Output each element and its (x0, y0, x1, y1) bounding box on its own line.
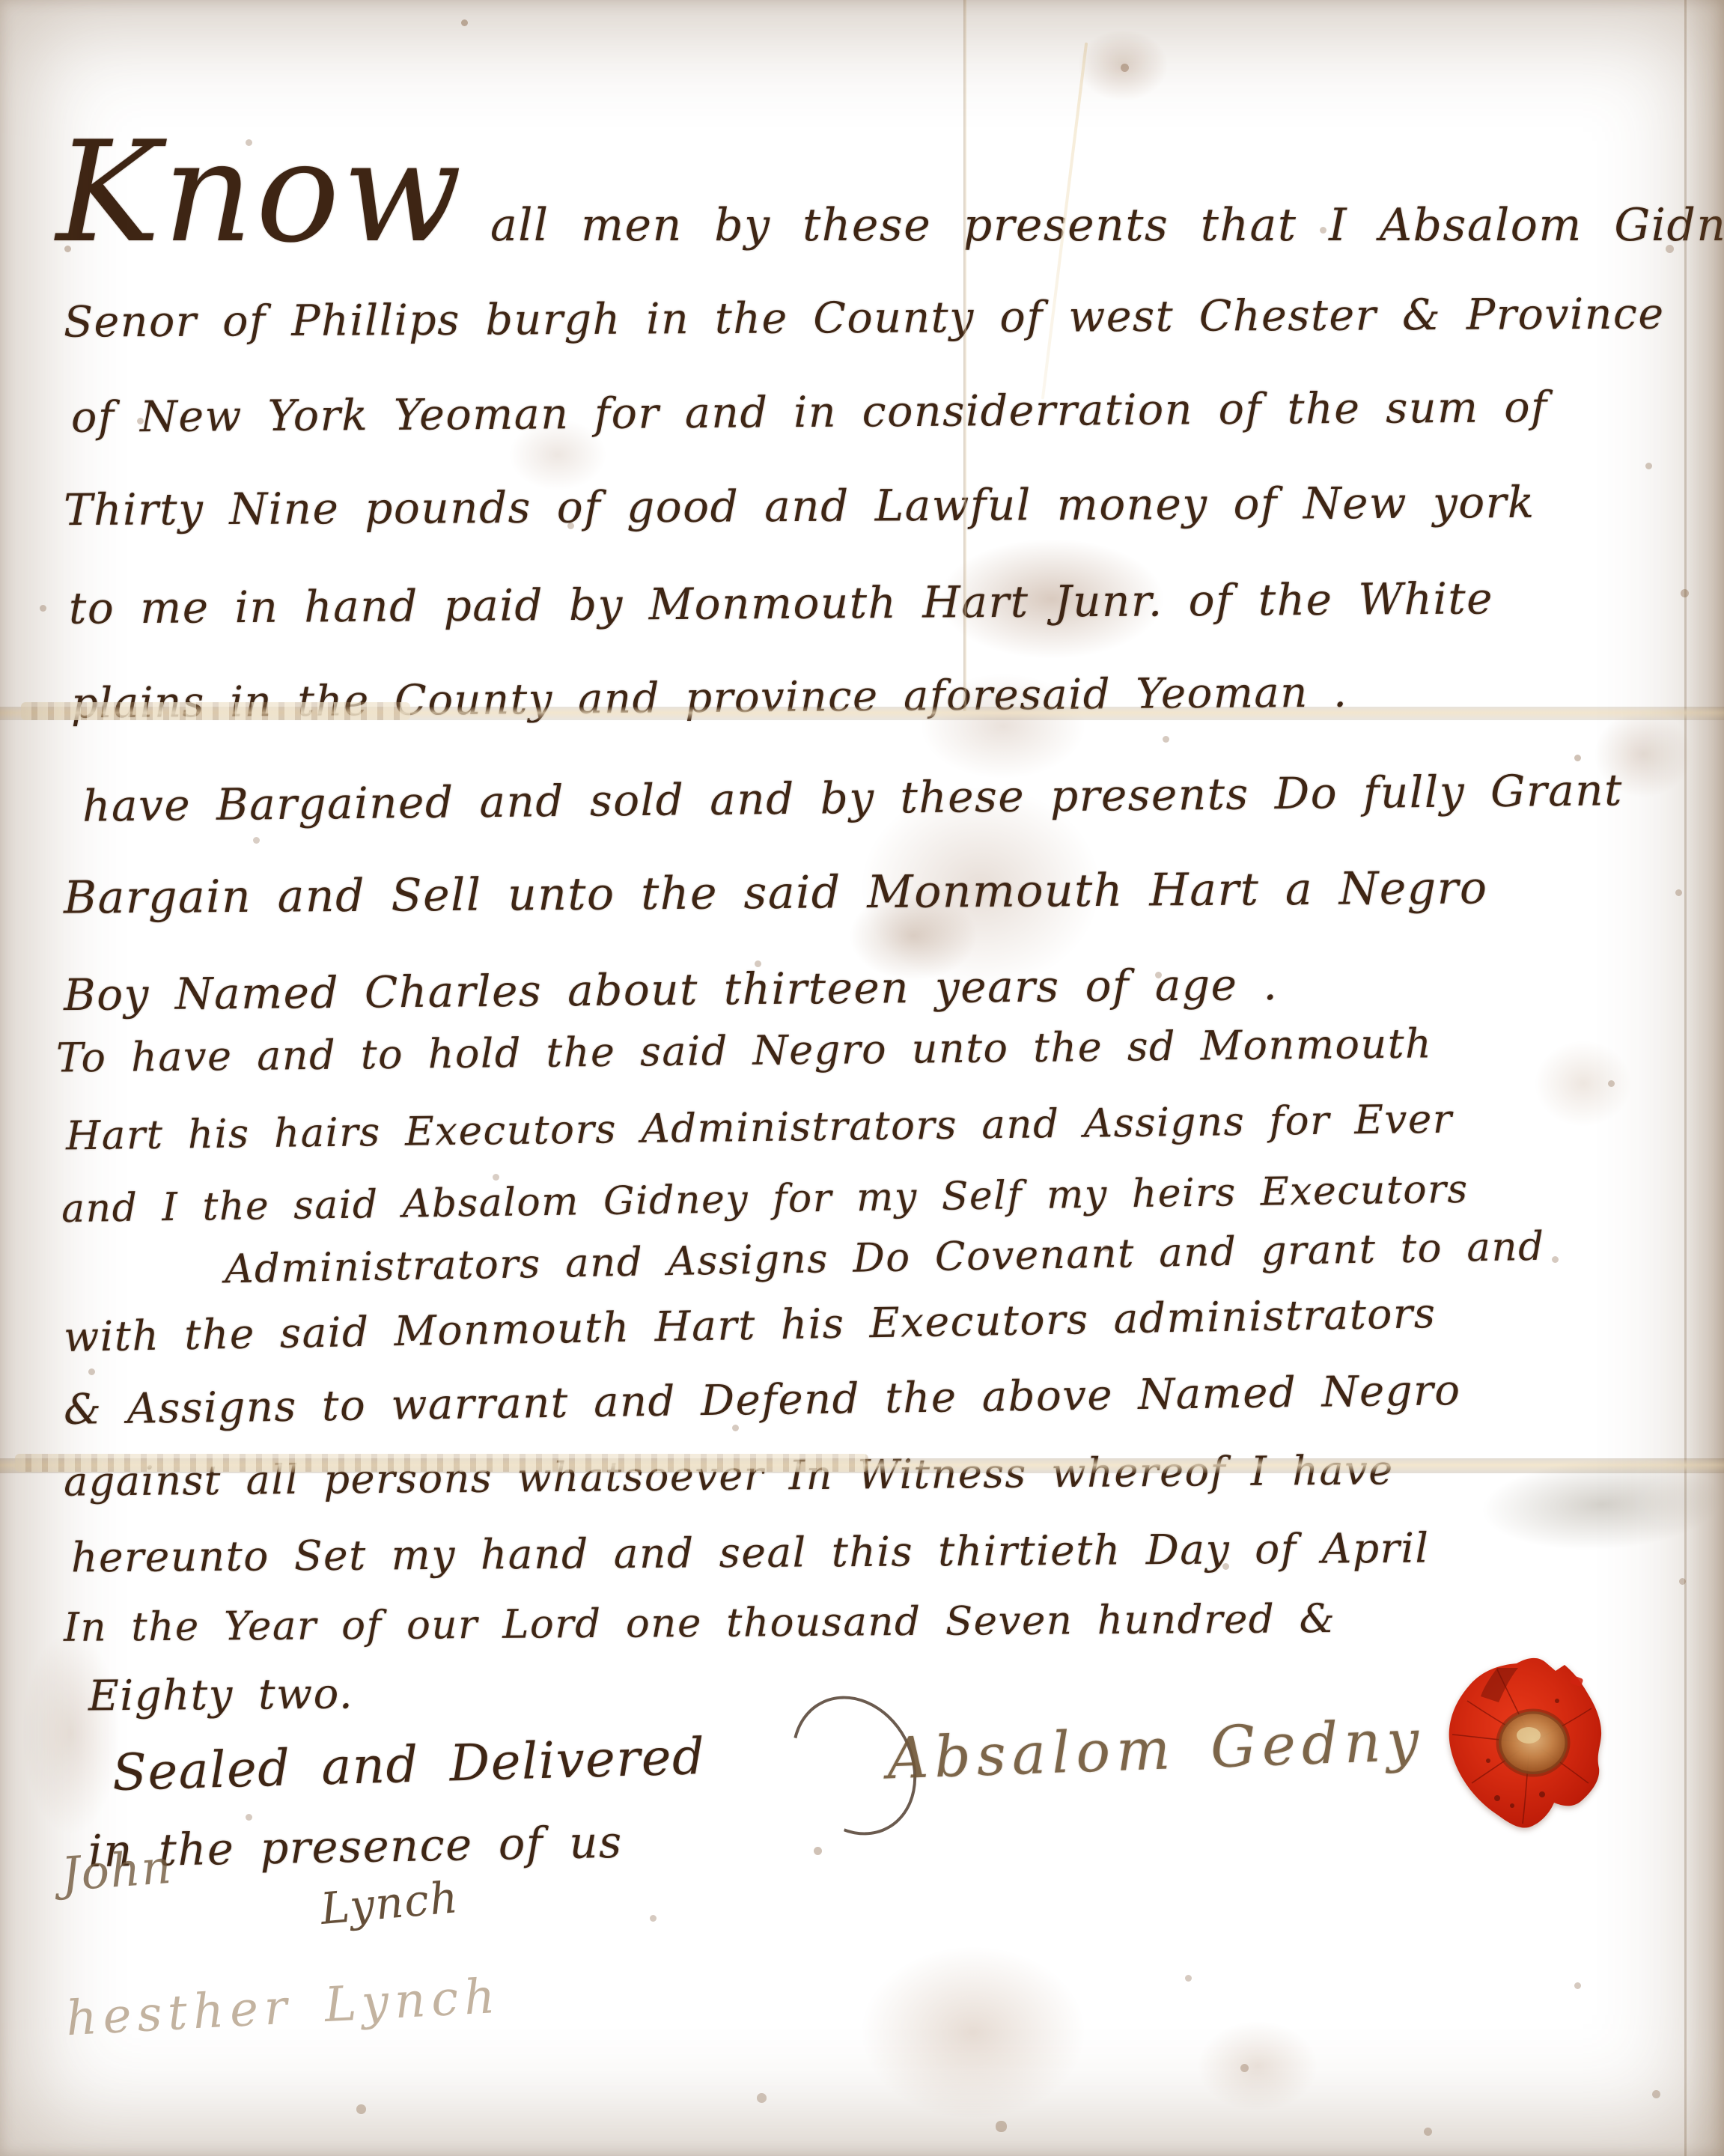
ink-stain (1198, 2021, 1318, 2111)
manuscript-document: Know all men by these presents that I Ab… (0, 0, 1724, 2156)
document-line: In the Year of our Lord one thousand Sev… (64, 1596, 1336, 1651)
paper-edge-shadow (1683, 0, 1724, 2156)
witness-signature: hesther Lynch (64, 1969, 502, 2047)
document-line: Eighty two. (88, 1669, 354, 1720)
foxing-speckles (0, 0, 4, 4)
opening-line-text: all men by these presents that I Absalom… (490, 199, 1724, 252)
witness-signature: Lynch (318, 1872, 460, 1934)
document-line: Hart his hairs Executors Administrators … (66, 1097, 1453, 1160)
attestation-line: Sealed and Delivered (112, 1727, 706, 1802)
ink-stain (1078, 30, 1168, 101)
document-line: Administrators and Assigns Do Covenant a… (225, 1224, 1545, 1293)
document-line: and I the said Absalom Gidney for my Sel… (61, 1167, 1469, 1231)
document-line: plains in the County and province afores… (71, 669, 1348, 728)
document-line: Senor of Phillips burgh in the County of… (64, 289, 1665, 347)
ink-stain (861, 1946, 1085, 2119)
document-line: To have and to hold the said Negro unto … (56, 1020, 1433, 1081)
grantor-signature: Absalom Gedny (886, 1706, 1426, 1791)
document-opening-line: Know all men by these presents that I Ab… (56, 111, 1724, 273)
ink-stain (22, 1632, 120, 1834)
document-line: with the said Monmouth Hart his Executor… (64, 1289, 1437, 1361)
document-line: hereunto Set my hand and seal this thirt… (71, 1524, 1430, 1582)
document-line: to me in hand paid by Monmouth Hart Junr… (69, 573, 1493, 633)
document-line: have Bargained and sold and by these pre… (82, 764, 1624, 832)
ink-stain (1535, 1041, 1632, 1127)
document-line: Bargain and Sell unto the said Monmouth … (64, 862, 1488, 924)
document-line: Boy Named Charles about thirteen years o… (64, 959, 1279, 1020)
witness-signature: John (60, 1839, 174, 1901)
document-line: Thirty Nine pounds of good and Lawful mo… (64, 477, 1535, 535)
gray-smudge (1480, 1454, 1724, 1556)
opening-word: Know (56, 111, 465, 273)
document-line: & Assigns to warrant and Defend the abov… (64, 1366, 1461, 1434)
document-line: against all persons whatsoever In Witnes… (64, 1446, 1394, 1505)
document-line: of New York Yeoman for and in considerra… (71, 383, 1548, 442)
